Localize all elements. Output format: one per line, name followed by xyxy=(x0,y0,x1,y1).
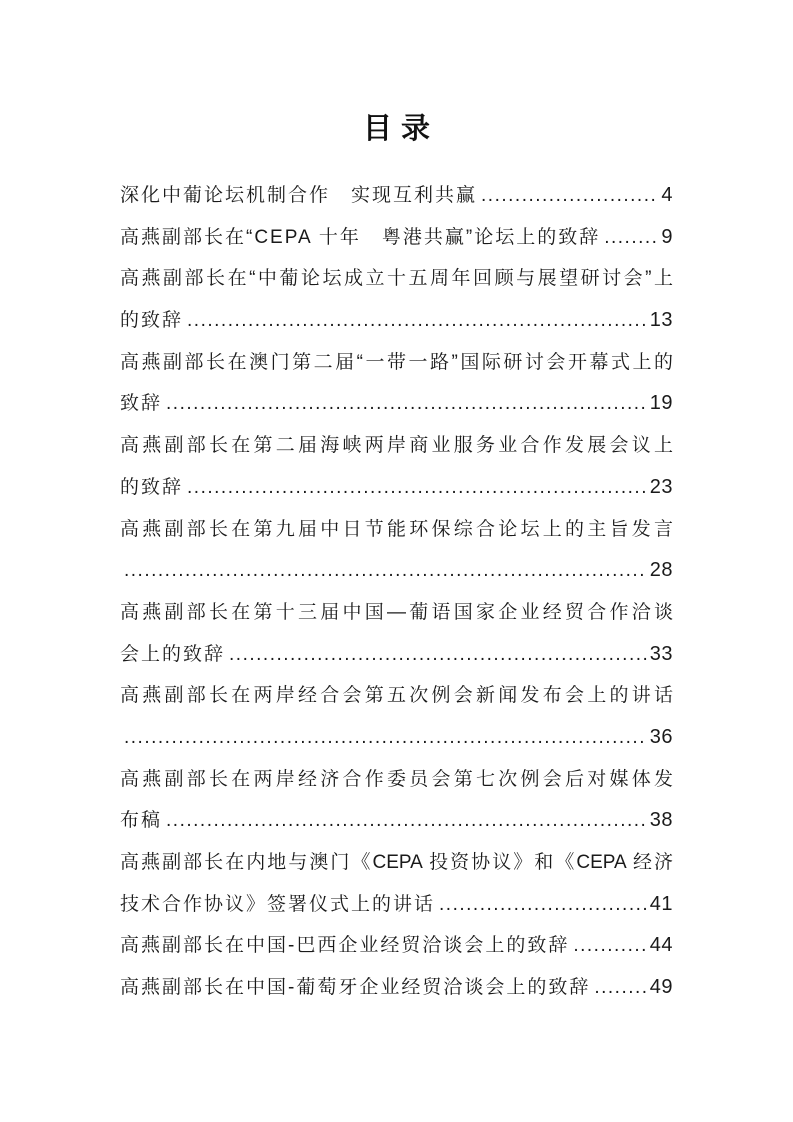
toc-entry[interactable]: 高燕副部长在“CEPA 十年 粤港共赢”论坛上的致辞9 xyxy=(120,217,673,259)
toc-leader-dots xyxy=(166,383,647,425)
toc-leader-dots xyxy=(166,800,647,842)
toc-entry-final-line: 的致辞13 xyxy=(120,300,673,342)
toc-entry[interactable]: 高燕副部长在第十三届中国—葡语国家企业经贸合作洽谈会上的致辞33 xyxy=(120,592,673,675)
toc-entry-final-line: 高燕副部长在“CEPA 十年 粤港共赢”论坛上的致辞9 xyxy=(120,217,673,259)
toc-entry-final-line: 布稿38 xyxy=(120,800,673,842)
toc-entry-text: 高燕副部长在中国-葡萄牙企业经贸洽谈会上的致辞 xyxy=(120,967,590,1009)
toc-entry-final-line: 的致辞23 xyxy=(120,467,673,509)
toc-entry-text: 技术合作协议》签署仪式上的讲话 xyxy=(120,884,435,926)
toc-entry-line: 高燕副部长在两岸经济合作委员会第七次例会后对媒体发 xyxy=(120,759,673,801)
toc-page-number: 44 xyxy=(650,925,673,967)
toc-entry-final-line: 致辞19 xyxy=(120,383,673,425)
toc-leader-dots xyxy=(594,967,646,1009)
toc-leader-dots xyxy=(229,634,647,676)
toc-entry[interactable]: 深化中葡论坛机制合作 实现互利共赢4 xyxy=(120,175,673,217)
toc-page-number: 23 xyxy=(650,467,673,509)
toc-leader-dots xyxy=(187,300,647,342)
toc-entry[interactable]: 高燕副部长在两岸经合会第五次例会新闻发布会上的讲话36 xyxy=(120,675,673,758)
toc-page-number: 9 xyxy=(661,217,673,259)
toc-entry[interactable]: 高燕副部长在内地与澳门《CEPA 投资协议》和《CEPA 经济技术合作协议》签署… xyxy=(120,842,673,925)
toc-entry-final-line: 28 xyxy=(120,550,673,592)
toc-entry[interactable]: 高燕副部长在澳门第二届“一带一路”国际研讨会开幕式上的致辞19 xyxy=(120,342,673,425)
toc-entry[interactable]: 高燕副部长在中国-葡萄牙企业经贸洽谈会上的致辞49 xyxy=(120,967,673,1009)
toc-page-number: 33 xyxy=(650,634,673,676)
toc-entry-final-line: 会上的致辞33 xyxy=(120,634,673,676)
toc-entry-line: 高燕副部长在澳门第二届“一带一路”国际研讨会开幕式上的 xyxy=(120,342,673,384)
toc-entry[interactable]: 高燕副部长在第二届海峡两岸商业服务业合作发展会议上的致辞23 xyxy=(120,425,673,508)
toc-entry-text: 的致辞 xyxy=(120,467,183,509)
toc-entry-text: 高燕副部长在中国-巴西企业经贸洽谈会上的致辞 xyxy=(120,925,569,967)
toc-entry[interactable]: 高燕副部长在两岸经济合作委员会第七次例会后对媒体发布稿38 xyxy=(120,759,673,842)
toc-entry-text: 会上的致辞 xyxy=(120,634,225,676)
toc-page-number: 36 xyxy=(650,717,673,759)
toc-entry-text: 布稿 xyxy=(120,800,162,842)
toc-entry-text: 致辞 xyxy=(120,383,162,425)
toc-entry[interactable]: 高燕副部长在中国-巴西企业经贸洽谈会上的致辞44 xyxy=(120,925,673,967)
document-page: 目录 深化中葡论坛机制合作 实现互利共赢4高燕副部长在“CEPA 十年 粤港共赢… xyxy=(0,0,793,1122)
toc-page-number: 4 xyxy=(661,175,673,217)
page-title: 目录 xyxy=(0,110,793,148)
toc-page-number: 13 xyxy=(650,300,673,342)
toc-page-number: 28 xyxy=(650,550,673,592)
toc-leader-dots xyxy=(604,217,658,259)
toc-entry[interactable]: 高燕副部长在“中葡论坛成立十五周年回顾与展望研讨会”上的致辞13 xyxy=(120,258,673,341)
toc-entry-text: 的致辞 xyxy=(120,300,183,342)
toc-entry-line: 高燕副部长在第九届中日节能环保综合论坛上的主旨发言 xyxy=(120,509,673,551)
toc-entry-final-line: 36 xyxy=(120,717,673,759)
toc-entry-final-line: 高燕副部长在中国-葡萄牙企业经贸洽谈会上的致辞49 xyxy=(120,967,673,1009)
toc-entry-line: 高燕副部长在“中葡论坛成立十五周年回顾与展望研讨会”上 xyxy=(120,258,673,300)
toc-entry-text: 深化中葡论坛机制合作 实现互利共赢 xyxy=(120,175,477,217)
toc-entry-final-line: 深化中葡论坛机制合作 实现互利共赢4 xyxy=(120,175,673,217)
toc-leader-dots xyxy=(124,550,647,592)
toc-entry[interactable]: 高燕副部长在第九届中日节能环保综合论坛上的主旨发言28 xyxy=(120,509,673,592)
toc-page-number: 38 xyxy=(650,800,673,842)
toc-entry-line: 高燕副部长在第十三届中国—葡语国家企业经贸合作洽谈 xyxy=(120,592,673,634)
toc-leader-dots xyxy=(187,467,647,509)
toc-leader-dots xyxy=(573,925,646,967)
toc-page-number: 41 xyxy=(650,884,673,926)
toc-list: 深化中葡论坛机制合作 实现互利共赢4高燕副部长在“CEPA 十年 粤港共赢”论坛… xyxy=(120,175,673,1009)
toc-page-number: 19 xyxy=(650,383,673,425)
toc-leader-dots xyxy=(124,717,647,759)
toc-entry-text: 高燕副部长在“CEPA 十年 粤港共赢”论坛上的致辞 xyxy=(120,217,600,259)
toc-leader-dots xyxy=(439,884,647,926)
toc-entry-final-line: 技术合作协议》签署仪式上的讲话41 xyxy=(120,884,673,926)
toc-entry-line: 高燕副部长在两岸经合会第五次例会新闻发布会上的讲话 xyxy=(120,675,673,717)
toc-entry-final-line: 高燕副部长在中国-巴西企业经贸洽谈会上的致辞44 xyxy=(120,925,673,967)
toc-entry-line: 高燕副部长在第二届海峡两岸商业服务业合作发展会议上 xyxy=(120,425,673,467)
toc-entry-line: 高燕副部长在内地与澳门《CEPA 投资协议》和《CEPA 经济 xyxy=(120,842,673,884)
toc-leader-dots xyxy=(481,175,658,217)
toc-page-number: 49 xyxy=(650,967,673,1009)
